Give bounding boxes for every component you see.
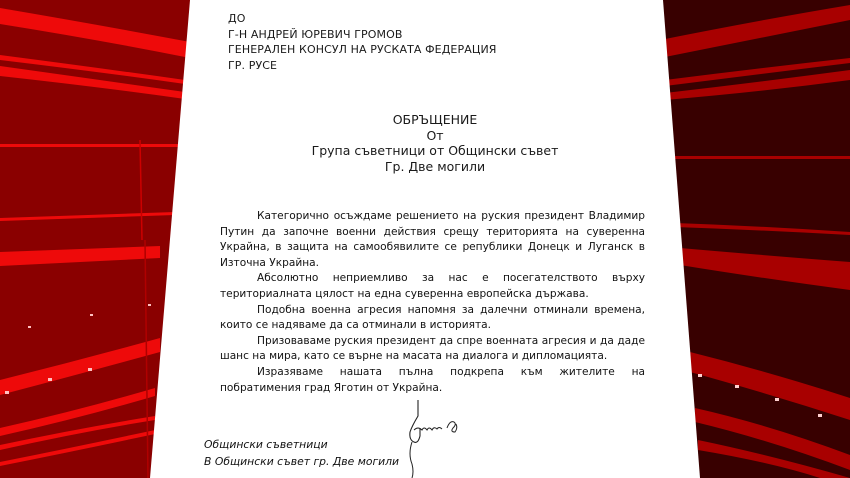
handwritten-signature [400,398,470,478]
paragraph-3: Подобна военна агресия напомня за далечн… [220,303,645,334]
sender-group: Група съветници от Общински съвет [300,143,570,159]
from-label: От [300,128,570,144]
paragraph-2: Абсолютно неприемливо за нас е посегател… [220,271,645,302]
sender-town: Гр. Две могили [300,159,570,175]
signature-line-1: Общински съветници [204,436,399,453]
letter-title: ОБРЪЩЕНИЕ [300,112,570,128]
signature-line-2: В Общински съвет гр. Две могили [204,453,399,470]
paragraph-4: Призоваваме руския президент да спре вое… [220,334,645,365]
signature-block: Общински съветници В Общински съвет гр. … [204,436,399,470]
address-block: ДО Г-Н АНДРЕЙ ЮРЕВИЧ ГРОМОВ ГЕНЕРАЛЕН КО… [228,11,497,73]
paragraph-5: Изразяваме нашата пълна подкрепа към жит… [220,365,645,396]
address-recipient: Г-Н АНДРЕЙ ЮРЕВИЧ ГРОМОВ [228,27,497,43]
letter-body: Категорично осъждаме решението на руския… [220,209,645,396]
address-city: ГР. РУСЕ [228,58,497,74]
paragraph-1: Категорично осъждаме решението на руския… [220,209,645,271]
address-to: ДО [228,11,497,27]
letter-heading: ОБРЪЩЕНИЕ От Група съветници от Общински… [300,112,570,174]
address-position: ГЕНЕРАЛЕН КОНСУЛ НА РУСКАТА ФЕДЕРАЦИЯ [228,42,497,58]
